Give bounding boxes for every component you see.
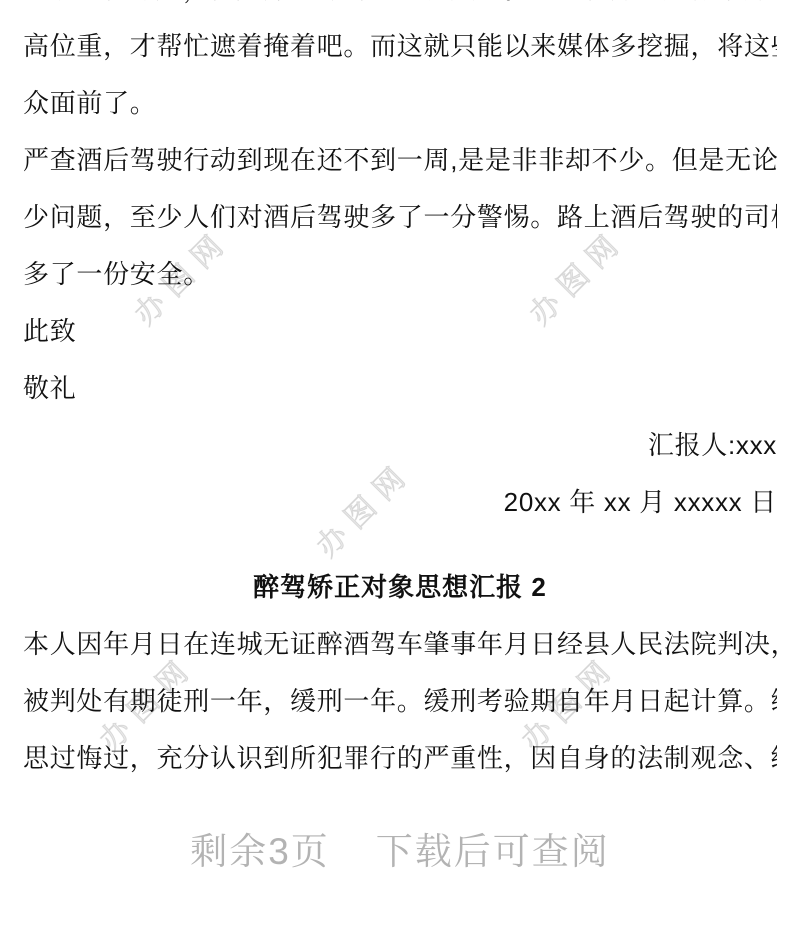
report2-paragraph-line: 被判处有期徒刑一年，缓刑一年。缓刑考验期自年月日起计算。缓刑期间，本人 [23,673,777,730]
closing-salute: 敬礼 [23,360,777,417]
report-date: 20xx 年 xx 月 xxxxx 日 [23,474,777,531]
closing-salute: 此致 [23,303,777,360]
paragraph-exposure-line: 众面前了。 [23,75,777,132]
paragraph-exposure-line: 高位重，才帮忙遮着掩着吧。而这就只能以来媒体多挖掘，将这些情况曝光在公 [23,18,777,75]
paragraph-crackdown-line: 多了一份安全。 [23,246,777,303]
report2-paragraph-line: 本人因年月日在连城无证醉酒驾车肇事年月日经县人民法院判决，以交通肇事罪 [23,616,777,673]
paragraph-crackdown-line: 少问题，至少人们对酒后驾驶多了一分警惕。路上酒后驾驶的司机少了，行人就 [23,189,777,246]
report2-paragraph-line: 思过悔过，充分认识到所犯罪行的严重性，因自身的法制观念、组织纪律观念淡 [23,730,777,787]
report-body: 驾驶进行曝光，但实际上却对之三缄其口。想必警方也是慑于那些公务员们的势 高位重，… [23,0,777,787]
download-hint-label: 下载后可查阅 [376,831,610,872]
reporter-signature: 汇报人:xxx [23,417,777,474]
pages-remaining-label: 剩余3页 [190,831,330,872]
report2-title: 醉驾矫正对象思想汇报 2 [23,559,777,616]
paragraph-crackdown-line: 严查酒后驾驶行动到现在还不到一周,是是非非却不少。但是无论这期间出现多 [23,132,777,189]
paragraph-exposure-line: 驾驶进行曝光，但实际上却对之三缄其口。想必警方也是慑于那些公务员们的势 [23,0,777,18]
preview-remaining-notice: 剩余3页下载后可查阅 [0,824,800,880]
document-page: 办图网 办图网 办图网 办图网 办图网 驾驶进行曝光，但实际上却对之三缄其口。想… [0,0,800,932]
